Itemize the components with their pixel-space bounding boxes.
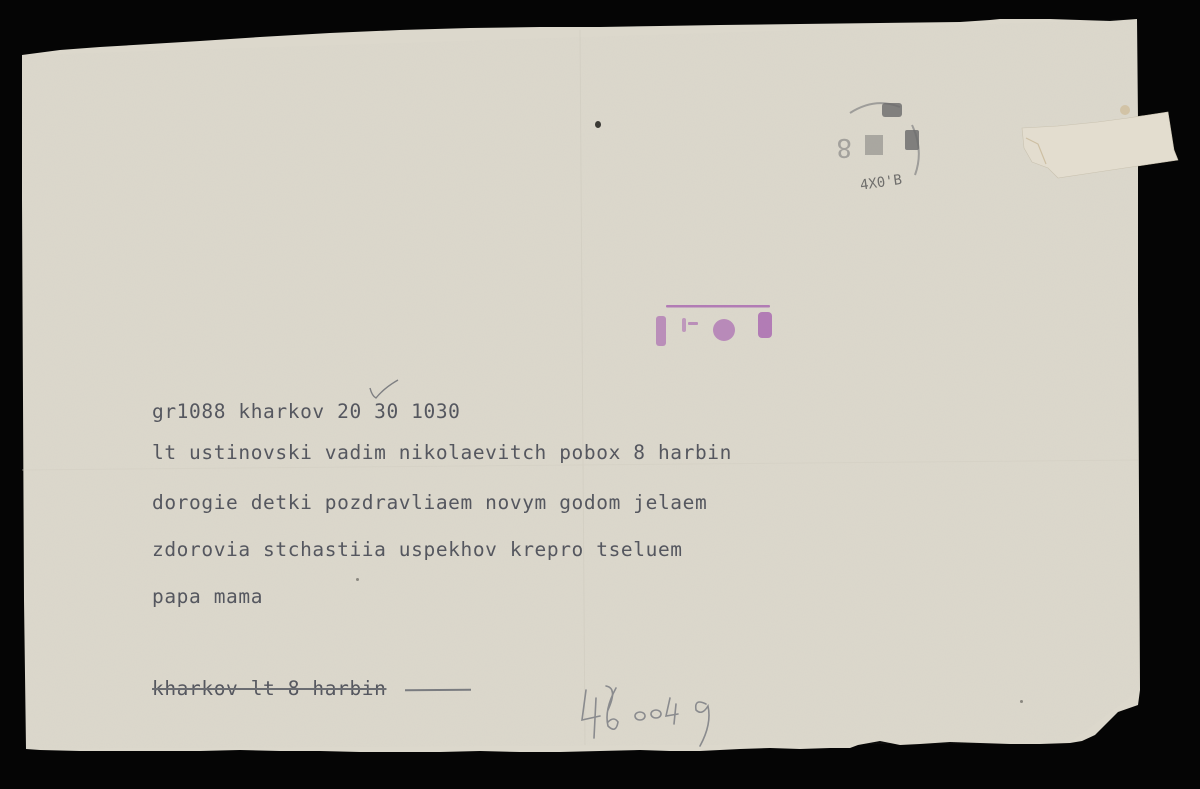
telegram-message-line: dorogie detki pozdravliaem novym godom j… — [152, 491, 707, 514]
ink-speck — [356, 578, 359, 581]
telegram-signature-line: papa mama — [152, 585, 263, 608]
postmark-stamp: 8 4X0'B — [820, 95, 930, 195]
telegram-header-line: gr1088 kharkov 20 30 1030 — [152, 400, 461, 423]
telegram-address-line: lt ustinovski vadim nikolaevitch pobox 8… — [152, 441, 732, 464]
ink-speck — [595, 121, 601, 128]
tape-strip — [1018, 100, 1182, 180]
purple-ink-stamp — [650, 300, 790, 352]
struck-through-line: kharkov lt 8 harbin — [152, 677, 386, 700]
svg-text:8: 8 — [836, 132, 852, 162]
svg-text:4X0'B: 4X0'B — [859, 172, 903, 194]
handwritten-checkmark — [364, 378, 404, 402]
telegram-message-line: zdorovia stchastiia uspekhov krepro tsel… — [152, 538, 683, 561]
ink-speck — [1020, 700, 1023, 703]
